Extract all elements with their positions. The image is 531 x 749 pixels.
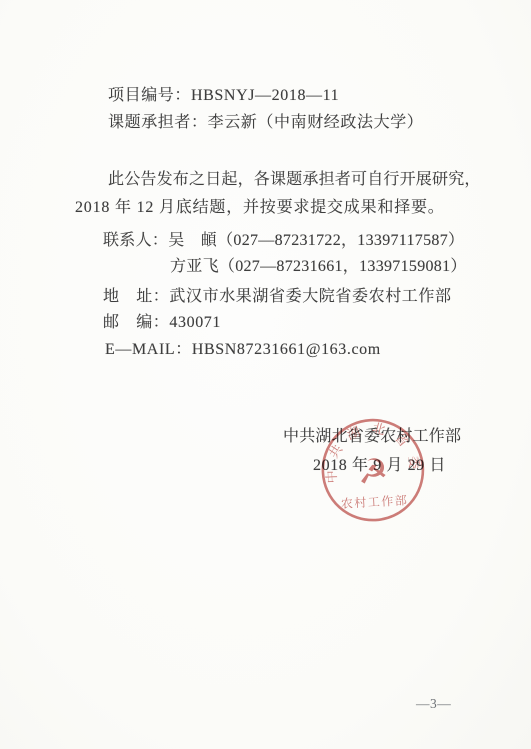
postcode-line: 邮 编：430071 — [103, 313, 221, 332]
signature-date: 2018 年 9 月 29 日 — [313, 456, 446, 475]
seal-bottom-text: 农村工作部 — [340, 492, 408, 511]
contact-person-line-2: 方亚飞（027—87231661，13397159081） — [170, 257, 467, 276]
contact-person-line-1: 联系人：吴 頔（027—87231722，13397117587） — [103, 231, 464, 250]
signature-organization: 中共湖北省委农村工作部 — [283, 427, 461, 446]
email-line: E—MAIL：HBSN87231661@163.com — [105, 340, 381, 359]
address-line: 地 址：武汉市水果湖省委大院省委农村工作部 — [103, 287, 452, 306]
document-page: 项目编号：HBSNYJ—2018—11 课题承担者：李云新（中南财经政法大学） … — [0, 0, 531, 749]
project-number-line: 项目编号：HBSNYJ—2018—11 — [108, 86, 339, 105]
notice-paragraph-line-1: 此公告发布之日起，各课题承担者可自行开展研究， — [108, 170, 481, 189]
notice-paragraph-line-2: 2018 年 12 月底结题，并按要求提交成果和择要。 — [75, 198, 445, 217]
page-number: —3— — [416, 696, 451, 712]
undertaker-line: 课题承担者：李云新（中南财经政法大学） — [108, 113, 423, 132]
